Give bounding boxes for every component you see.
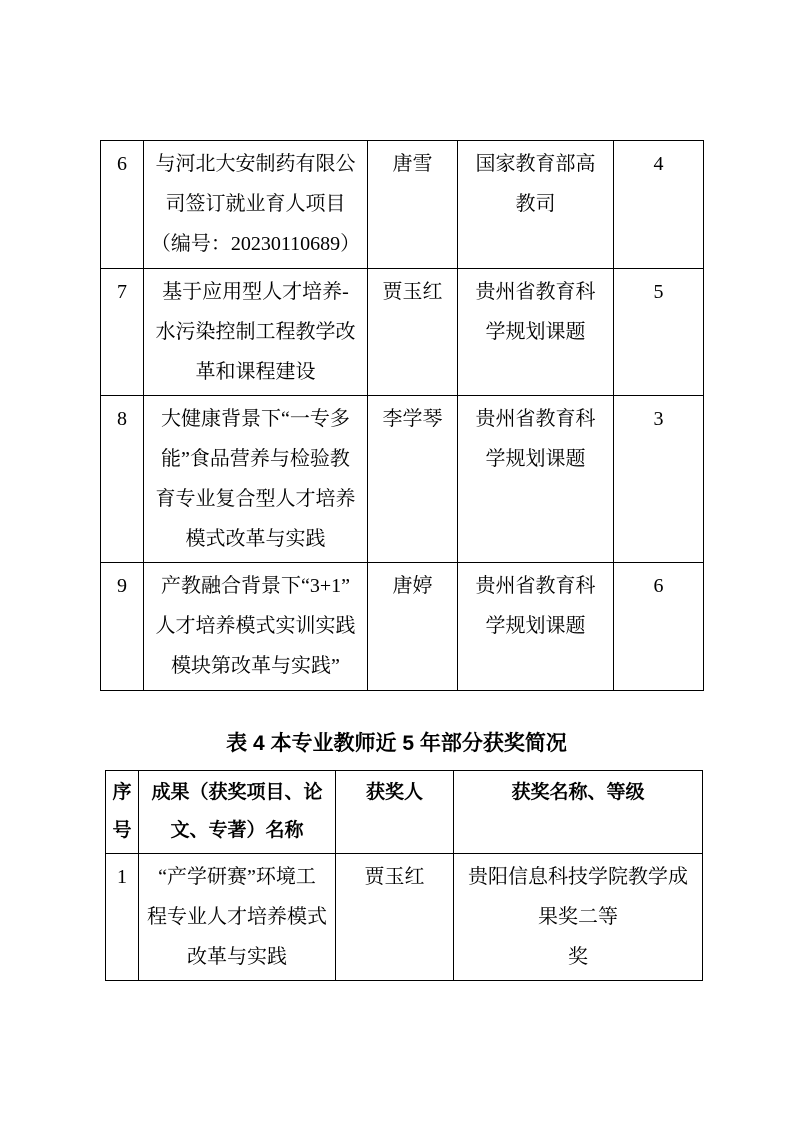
document-page: { "page": { "background": "#ffffff", "te…	[0, 0, 793, 1122]
count-cell: 5	[614, 269, 704, 396]
org-cell: 贵州省教育科 学规划课题	[458, 563, 614, 691]
org-cell: 贵州省教育科 学规划课题	[458, 269, 614, 396]
achievement-cell: “产学研赛”环境工 程专业人才培养模式 改革与实践	[139, 854, 336, 981]
award-cell: 贵阳信息科技学院教学成 果奖二等 奖	[454, 854, 703, 981]
table-row: 6 与河北大安制药有限公 司签订就业育人项目 （编号：20230110689） …	[101, 141, 704, 269]
table-row: 7 基于应用型人才培养- 水污染控制工程教学改 革和课程建设 贾玉红 贵州省教育…	[101, 269, 704, 396]
winner-header-cell: 获奖人	[336, 771, 454, 854]
seq-cell: 6	[101, 141, 144, 269]
org-cell: 国家教育部高 教司	[458, 141, 614, 269]
table-row: 1 “产学研赛”环境工 程专业人才培养模式 改革与实践 贾玉红 贵阳信息科技学院…	[106, 854, 703, 981]
project-name-cell: 产教融合背景下“3+1” 人才培养模式实训实践 模块第改革与实践”	[144, 563, 368, 691]
person-cell: 唐雪	[368, 141, 458, 269]
seq-cell: 7	[101, 269, 144, 396]
achievement-header-cell: 成果（获奖项目、论 文、专著）名称	[139, 771, 336, 854]
winner-cell: 贾玉红	[336, 854, 454, 981]
project-name-cell: 大健康背景下“一专多 能”食品营养与检验教 育专业复合型人才培养 模式改革与实践	[144, 396, 368, 563]
table-header-row: 序 号 成果（获奖项目、论 文、专著）名称 获奖人 获奖名称、等级	[106, 771, 703, 854]
projects-table: 6 与河北大安制药有限公 司签订就业育人项目 （编号：20230110689） …	[100, 140, 704, 691]
project-name-cell: 基于应用型人才培养- 水污染控制工程教学改 革和课程建设	[144, 269, 368, 396]
count-cell: 4	[614, 141, 704, 269]
awards-table: 序 号 成果（获奖项目、论 文、专著）名称 获奖人 获奖名称、等级 1 “产学研…	[105, 770, 703, 981]
table-row: 9 产教融合背景下“3+1” 人才培养模式实训实践 模块第改革与实践” 唐婷 贵…	[101, 563, 704, 691]
table-row: 8 大健康背景下“一专多 能”食品营养与检验教 育专业复合型人才培养 模式改革与…	[101, 396, 704, 563]
person-cell: 唐婷	[368, 563, 458, 691]
count-cell: 3	[614, 396, 704, 563]
seq-header-cell: 序 号	[106, 771, 139, 854]
count-cell: 6	[614, 563, 704, 691]
seq-cell: 1	[106, 854, 139, 981]
seq-cell: 9	[101, 563, 144, 691]
table4-title: 表 4 本专业教师近 5 年部分获奖简况	[0, 729, 793, 759]
project-name-cell: 与河北大安制药有限公 司签订就业育人项目 （编号：20230110689）	[144, 141, 368, 269]
org-cell: 贵州省教育科 学规划课题	[458, 396, 614, 563]
award-header-cell: 获奖名称、等级	[454, 771, 703, 854]
seq-cell: 8	[101, 396, 144, 563]
person-cell: 李学琴	[368, 396, 458, 563]
person-cell: 贾玉红	[368, 269, 458, 396]
